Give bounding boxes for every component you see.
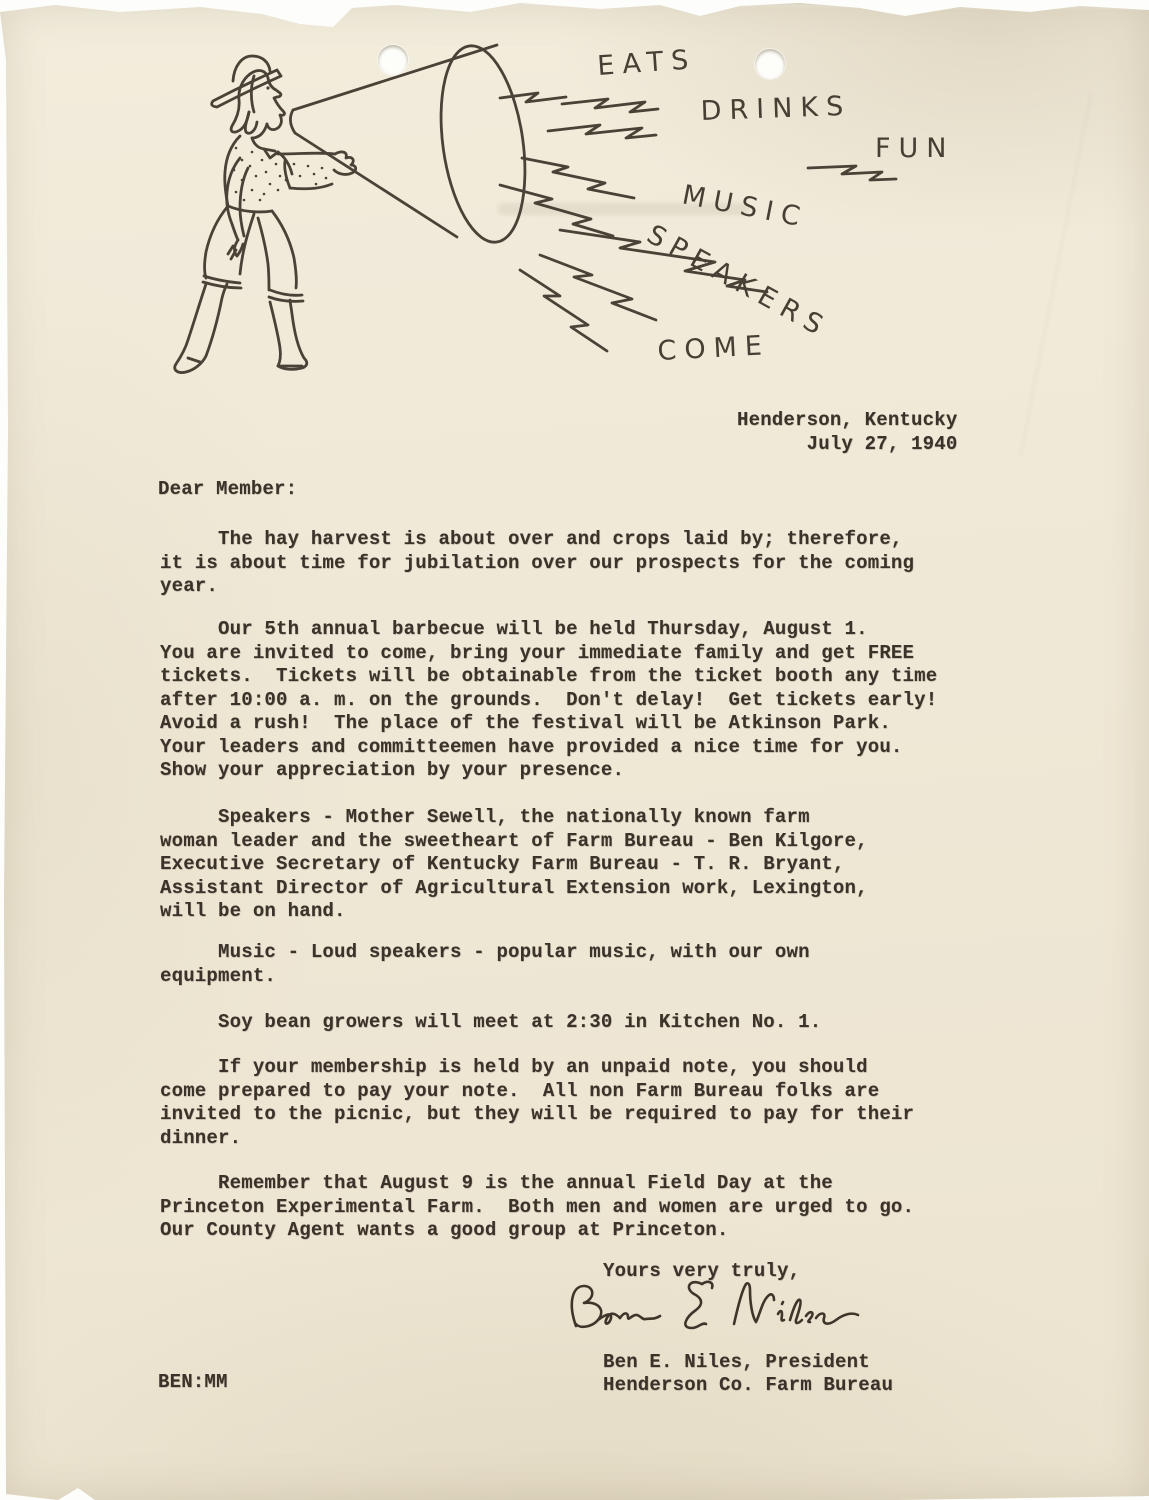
lightning-bolts bbox=[500, 93, 896, 351]
word-come: COME bbox=[657, 330, 771, 367]
right-edge-crease bbox=[1020, 93, 1094, 457]
signer-organization: Henderson Co. Farm Bureau bbox=[603, 1374, 893, 1398]
megaphone-illustration: EATS DRINKS FUN MUSIC SPEAKERS COME bbox=[130, 18, 1010, 408]
eye-dot bbox=[266, 86, 269, 89]
word-fun: FUN bbox=[875, 133, 955, 164]
paragraph-membership: If your membership is held by an unpaid … bbox=[160, 1056, 914, 1150]
city-date: Henderson, Kentucky July 27, 1940 bbox=[737, 409, 957, 456]
punch-hole-right bbox=[755, 49, 785, 79]
word-eats: EATS bbox=[596, 44, 697, 82]
bottom-fold-crease bbox=[0, 0, 1149, 7]
punch-hole-left bbox=[378, 45, 408, 75]
paragraph-hay-harvest: The hay harvest is about over and crops … bbox=[160, 528, 914, 599]
salutation: Dear Member: bbox=[158, 478, 297, 502]
signer-name: Ben E. Niles, President bbox=[603, 1351, 870, 1375]
word-speakers: SPEAKERS bbox=[642, 219, 835, 345]
paragraph-speakers: Speakers - Mother Sewell, the nationally… bbox=[160, 806, 868, 924]
signature-script bbox=[562, 1270, 867, 1350]
paragraph-soy-bean: Soy bean growers will meet at 2:30 in Ki… bbox=[160, 1011, 821, 1035]
paragraph-barbecue: Our 5th annual barbecue will be held Thu… bbox=[160, 618, 937, 783]
word-drinks: DRINKS bbox=[700, 91, 852, 127]
boy-figure bbox=[175, 56, 356, 373]
horizontal-fold-crease bbox=[0, 0, 1149, 9]
paragraph-field-day: Remember that August 9 is the annual Fie… bbox=[160, 1172, 914, 1243]
word-music: MUSIC bbox=[680, 179, 811, 234]
megaphone bbox=[290, 40, 536, 247]
paragraph-music: Music - Loud speakers - popular music, w… bbox=[160, 941, 810, 988]
typist-initials: BEN:MM bbox=[158, 1371, 228, 1395]
